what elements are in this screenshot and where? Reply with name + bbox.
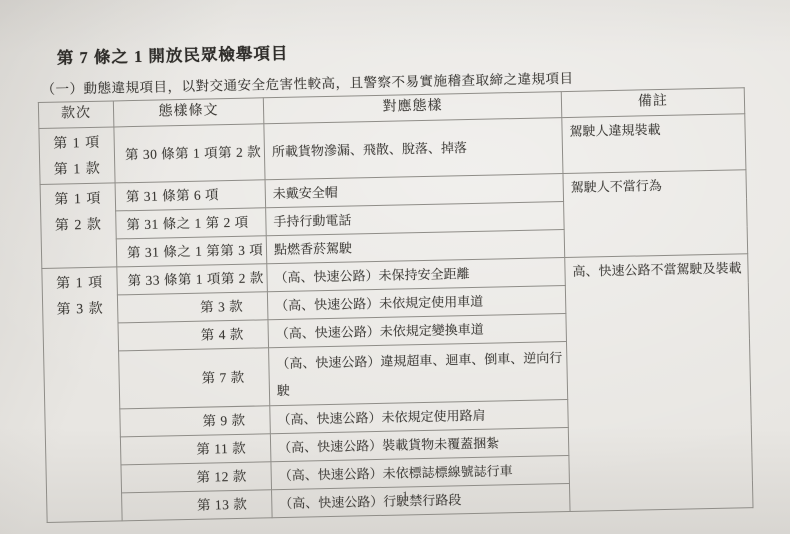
remark-cell: 高、快速公路不當駕駛及裝載 (565, 254, 753, 512)
pattern-cell: （高、快速公路）違規超車、迴車、倒車、逆向行駛 (269, 342, 568, 406)
header-cell-0: 款次 (38, 101, 114, 129)
article-cell: 第 13 款 (122, 490, 273, 521)
document-sheet: 第 7 條之 1 開放民眾檢舉項目 （一）動態違規項目，以對交通安全危害性較高，… (0, 0, 790, 534)
clause-line: 第 1 款 (40, 156, 115, 184)
violation-table: 款次態樣條文對應態樣備註 第 1 項第 1 款第 30 條第 1 項第 2 款所… (38, 87, 754, 523)
clause-cell: 第 1 項第 3 款 (42, 267, 122, 523)
article-cell: 第 4 款 (118, 320, 269, 351)
page-title: 第 7 條之 1 開放民眾檢舉項目 (57, 40, 289, 69)
article-cell: 第 31 條之 1 第 2 項 (116, 208, 267, 239)
paper-background: 第 7 條之 1 開放民眾檢舉項目 （一）動態違規項目，以對交通安全危害性較高，… (0, 0, 790, 534)
article-cell: 第 33 條第 1 項第 2 款 (117, 264, 268, 295)
article-cell: 第 30 條第 1 項第 2 款 (114, 124, 265, 183)
clause-line: 第 1 項 (41, 186, 116, 214)
pattern-cell: （高、快速公路）行駛禁行路段 (272, 483, 571, 517)
clause-cell: 第 1 項第 2 款 (40, 183, 117, 269)
header-cell-1: 態樣條文 (113, 98, 264, 127)
clause-line: 第 1 項 (39, 130, 114, 158)
article-cell: 第 9 款 (120, 406, 271, 437)
article-cell: 第 7 款 (119, 348, 270, 409)
article-cell: 第 3 款 (117, 292, 268, 323)
pattern-cell: 所載貨物滲漏、飛散、脫落、掉落 (264, 118, 563, 180)
article-cell: 第 12 款 (121, 462, 272, 493)
header-cell-3: 備註 (561, 88, 745, 118)
article-cell: 第 11 款 (120, 434, 271, 465)
remark-cell: 駕駛人違規裝載 (562, 114, 746, 174)
article-cell: 第 31 條第 6 項 (115, 180, 266, 211)
remark-cell: 駕駛人不當行為 (563, 170, 748, 258)
clause-line: 第 3 款 (43, 296, 118, 324)
clause-line: 第 1 項 (42, 270, 117, 298)
clause-line: 第 2 款 (41, 212, 116, 240)
page-number: 1 (402, 488, 408, 503)
clause-cell: 第 1 項第 1 款 (39, 127, 115, 185)
article-cell: 第 31 條之 1 第第 3 項 (116, 236, 267, 267)
